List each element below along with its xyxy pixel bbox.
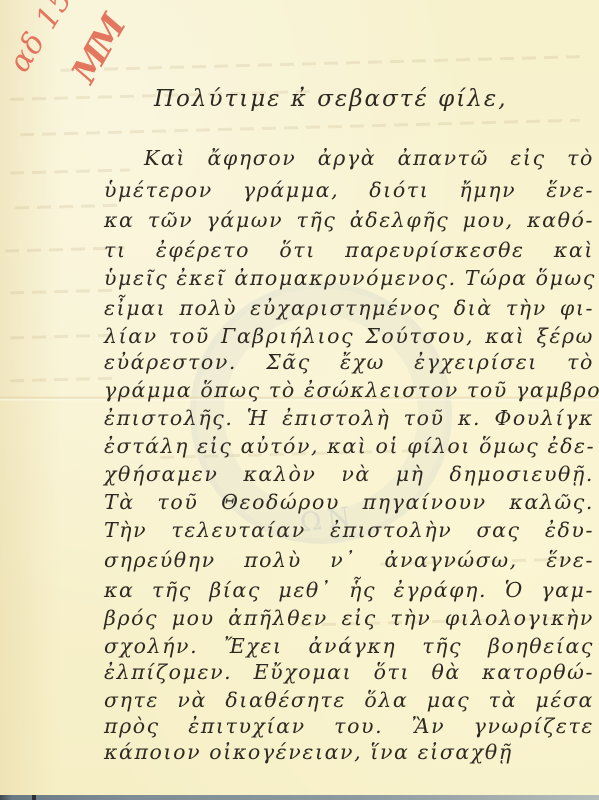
letter-line: πρὸς ἐπιτυχίαν του. Ἂν γνωρίζετε: [104, 714, 594, 738]
letter-line: βρός μου ἀπῆλθεν εἰς τὴν φιλολογικὴν: [104, 606, 594, 630]
letter-line: ἐλπίζομεν. Εὔχομαι ὅτι θὰ κατορθώ-: [104, 660, 594, 684]
letter-line: Τὴν τελευταίαν ἐπιστολὴν σας ἐδυ-: [104, 518, 594, 542]
letter-line: χθήσαμεν καλὸν νὰ μὴ δημοσιευθῇ.: [104, 462, 594, 486]
letter-line: Καὶ ἄφησον ἀργὰ ἀπαντῶ εἰς τὸ: [104, 146, 594, 170]
letter-page: ΩΝ αδ 15 Ελε ΜΜ Πολύτιμε κ̓ σεβαστέ φίλε…: [0, 0, 599, 800]
letter-line: λίαν τοῦ Γαβριήλιος Σούτσου, καὶ ξέρω: [104, 324, 594, 348]
letter-line: γράμμα ὅπως τὸ ἐσώκλειστον τοῦ γαμβροῦ: [104, 378, 594, 402]
letter-line: ἐστάλη εἰς αὐτόν, καὶ οἱ φίλοι ὅμως ἐδε-: [104, 434, 594, 458]
letter-line: Τὰ τοῦ Θεοδώρου πηγαίνουν καλῶς.: [104, 490, 594, 514]
letter-line: σητε νὰ διαθέσητε ὅλα μας τὰ μέσα: [104, 688, 594, 712]
letter-line: κα τῶν γάμων τῆς ἀδελφῆς μου, καθό-: [104, 208, 594, 232]
letter-line: κάποιον οἰκογένειαν, ἵνα εἰσαχθῇ: [104, 740, 594, 764]
letter-line: σχολήν. Ἔχει ἀνάγκη τῆς βοηθείας: [104, 634, 594, 658]
letter-line: ἐπιστολῆς. Ἡ ἐπιστολὴ τοῦ κ. Φουλίγκ: [104, 406, 594, 430]
letter-line: εὐάρεστον. Σᾶς ἔχω ἐγχειρίσει τὸ: [104, 350, 594, 374]
letter-line: εἶμαι πολὺ εὐχαριστημένος διὰ τὴν φι-: [104, 296, 594, 320]
letter-line: κα τῆς βίας μεθ᾿ ἧς ἐγράφη. Ὁ γαμ-: [104, 578, 594, 602]
letter-line: τι ἐφέρετο ὅτι παρευρίσκεσθε καὶ: [104, 238, 594, 262]
red-crayon-mark: ΜΜ: [64, 10, 133, 90]
letter-line: ὑμεῖς ἐκεῖ ἀπομακρυνόμενος. Τώρα ὅμως: [104, 266, 594, 290]
letter-line: σηρεύθην πολὺ ν᾿ ἀναγνώσω, ἕνε-: [104, 548, 594, 572]
letter-line: ὑμέτερον γράμμα, διότι ἤμην ἕνε-: [104, 178, 594, 202]
salutation: Πολύτιμε κ̓ σεβαστέ φίλε,: [154, 86, 508, 112]
scanner-bottom-edge: [0, 795, 599, 800]
